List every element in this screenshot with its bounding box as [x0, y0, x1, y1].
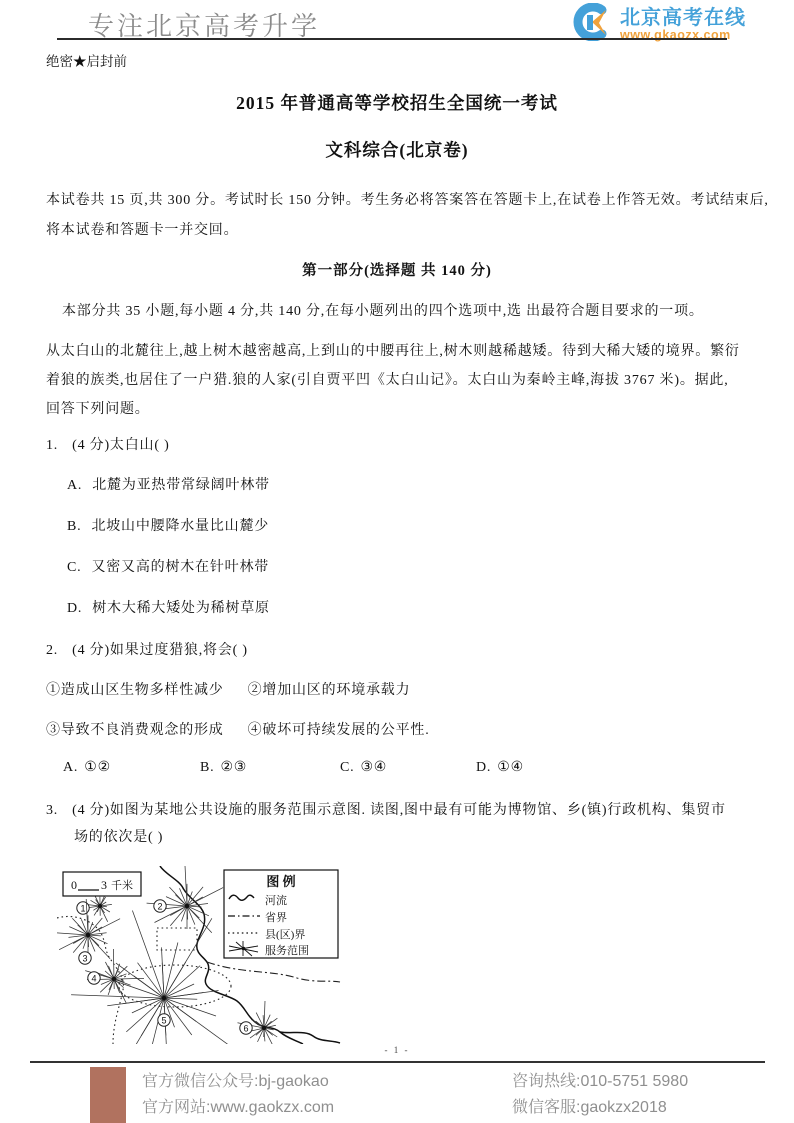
- logo-site-url: www.gkaozx.com: [620, 29, 746, 43]
- svg-text:1: 1: [80, 903, 85, 913]
- question-2-options-row: A.①② B.②③ C.③④ D.①④: [0, 759, 794, 779]
- svg-text:2: 2: [157, 901, 162, 911]
- question-1-option-c: C.又密又高的树木在针叶林带: [67, 556, 269, 576]
- question-2-statements-row: ①造成山区生物多样性减少②增加山区的环境承载力: [46, 679, 410, 699]
- footer-wechat-account: 官方微信公众号:bj-gaokao: [142, 1069, 334, 1095]
- footer-accent-block: [90, 1067, 126, 1123]
- question-2-option-a: A.①②: [63, 759, 111, 776]
- map-scale: 0 3 千米: [63, 872, 141, 896]
- logo-site-name: 北京高考在线: [620, 7, 746, 29]
- footer-wechat-service: 微信客服:gaokzx2018: [512, 1095, 688, 1121]
- county-boundary-ellipse: [119, 965, 231, 1007]
- map-legend: 图 例 河流 省界 县(区)界 服务范围: [224, 870, 338, 958]
- service-range-star: 4: [85, 949, 144, 1003]
- footer-website: 官方网站:www.gaokzx.com: [142, 1095, 334, 1121]
- page-number: - 1 -: [0, 1045, 794, 1056]
- exam-title: 2015 年普通高等学校招生全国统一考试: [0, 90, 794, 115]
- question-1-option-a: A.北麓为亚热带常绿阔叶林带: [67, 474, 270, 494]
- question-number: 3.: [46, 803, 58, 818]
- svg-text:图 例: 图 例: [266, 874, 295, 889]
- svg-text:0: 0: [71, 878, 77, 892]
- svg-text:3: 3: [82, 953, 87, 963]
- svg-text:县(区)界: 县(区)界: [265, 928, 305, 941]
- passage-line: 着狼的族类,也居住了一户猎.狼的人家(引自贾平凹《太白山记》。太白山为秦岭主峰,…: [46, 369, 729, 389]
- province-boundary-line: [207, 962, 340, 982]
- question-2-stem: 2.(4 分)如果过度猎狼,将会( ): [46, 639, 248, 659]
- footer-divider: [30, 1061, 765, 1063]
- header-divider: [57, 38, 727, 40]
- svg-text:5: 5: [161, 1015, 166, 1025]
- exam-intro-line: 本试卷共 15 页,共 300 分。考试时长 150 分钟。考生务必将答案答在答…: [46, 189, 769, 209]
- footer-left-column: 官方微信公众号:bj-gaokao 官方网站:www.gaokzx.com: [142, 1069, 334, 1121]
- svg-text:省界: 省界: [265, 910, 287, 924]
- part-one-heading: 第一部分(选择题 共 140 分): [0, 259, 794, 280]
- part-one-note: 本部分共 35 小题,每小题 4 分,共 140 分,在每小题列出的四个选项中,…: [62, 300, 704, 320]
- exam-intro-line: 将本试卷和答题卡一并交回。: [46, 219, 238, 239]
- question-1-option-d: D.树木大稀大矮处为稀树草原: [67, 597, 270, 617]
- svg-text:4: 4: [91, 973, 96, 983]
- question-2-option-d: D.①④: [476, 759, 524, 776]
- svg-text:服务范围: 服务范围: [265, 943, 309, 957]
- question-2-statements-row: ③导致不良消费观念的形成④破坏可持续发展的公平性.: [46, 719, 430, 739]
- question-1-option-b: B.北坡山中腰降水量比山麓少: [67, 515, 269, 535]
- svg-text:千米: 千米: [111, 878, 133, 892]
- question-3-stem: 3.(4 分)如图为某地公共设施的服务范围示意图. 读图,图中最有可能为博物馆、…: [46, 799, 726, 819]
- question-2-option-c: C.③④: [340, 759, 387, 776]
- question-3-stem-continued: 场的依次是( ): [74, 826, 163, 846]
- secrecy-label: 绝密★启封前: [46, 50, 127, 70]
- question-number: 2.: [46, 643, 58, 658]
- question-2-option-b: B.②③: [200, 759, 247, 776]
- svg-text:6: 6: [243, 1023, 248, 1033]
- footer-right-column: 咨询热线:010-5751 5980 微信客服:gaokzx2018: [512, 1069, 688, 1121]
- question-1-stem: 1.(4 分)太白山( ): [46, 434, 170, 454]
- exam-page: 专注北京高考升学 北京高考在线 www.gkaozx.com 绝密★启封前 20…: [0, 0, 794, 1123]
- service-range-star: 2: [147, 866, 224, 933]
- footer-hotline: 咨询热线:010-5751 5980: [512, 1069, 688, 1095]
- svg-text:3: 3: [101, 878, 107, 892]
- exam-subject: 文科综合(北京卷): [0, 137, 794, 162]
- passage-line: 从太白山的北麓往上,越上树木越密越高,上到山的中腰再往上,树木则越稀越矮。待到大…: [46, 340, 740, 360]
- question-number: 1.: [46, 438, 58, 453]
- svg-text:河流: 河流: [265, 893, 287, 907]
- passage-line: 回答下列问题。: [46, 398, 150, 418]
- service-map: 123456 0 3 千米 图 例 河流 省界 县(区)界: [57, 866, 342, 1044]
